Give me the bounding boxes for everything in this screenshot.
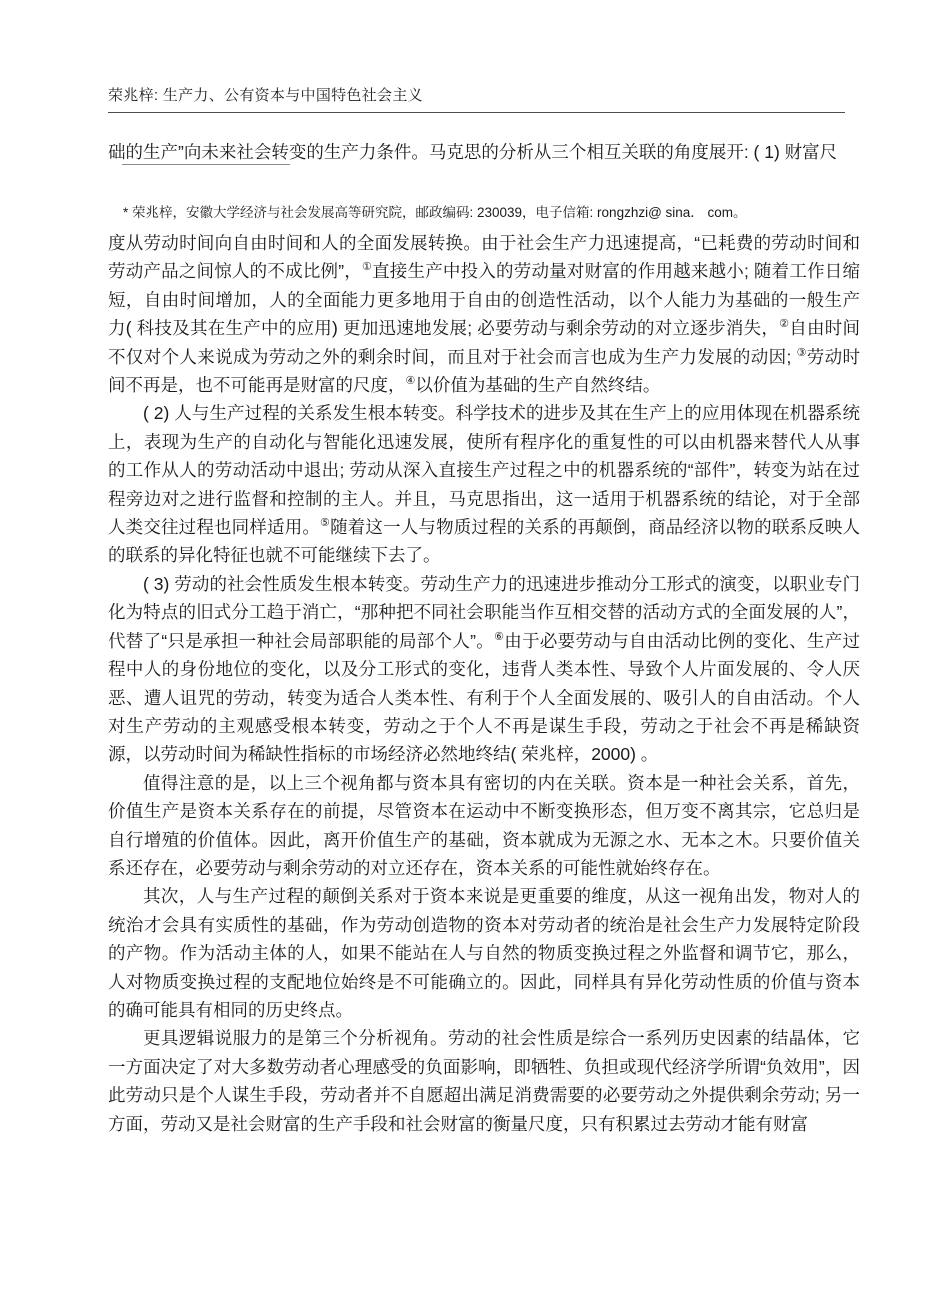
paragraph: 更具逻辑说服力的是第三个分析视角。劳动的社会性质是综合一系列历史因素的结晶体，它… bbox=[108, 1024, 860, 1138]
body-first-line: 础的生产”向未来社会转变的生产力条件。马克思的分析从三个相互关联的角度展开: (… bbox=[108, 138, 860, 166]
footnote-ref: ⑥ bbox=[494, 631, 504, 643]
footnote-ref: ③ bbox=[797, 347, 807, 359]
running-header: 荣兆梓: 生产力、公有资本与中国特色社会主义 bbox=[108, 84, 845, 105]
footnote-ref: ④ bbox=[406, 375, 416, 387]
footnote-ref: ① bbox=[362, 262, 372, 274]
paragraphs: 度从劳动时间向自由时间和人的全面发展转换。由于社会生产力迅速提高，“已耗费的劳动… bbox=[108, 229, 860, 1138]
paragraph-text: 其次，人与生产过程的颠倒关系对于资本来说是更重要的维度，从这一视角出发，物对人的… bbox=[108, 886, 860, 1020]
paragraph-text: 值得注意的是，以上三个视角都与资本具有密切的内在关联。资本是一种社会关系，首先，… bbox=[108, 773, 860, 878]
paragraph: ( 3) 劳动的社会性质发生根本转变。劳动生产力的迅速进步推动分工形式的演变，以… bbox=[108, 570, 860, 769]
paragraph-text: 更具逻辑说服力的是第三个分析视角。劳动的社会性质是综合一系列历史因素的结晶体，它… bbox=[108, 1028, 860, 1133]
footnote-text: * 荣兆梓，安徽大学经济与社会发展高等研究院，邮政编码: 230039，电子信箱… bbox=[108, 203, 860, 223]
header-rule bbox=[108, 112, 845, 113]
paragraph: 其次，人与生产过程的颠倒关系对于资本来说是更重要的维度，从这一视角出发，物对人的… bbox=[108, 882, 860, 1024]
paragraph: 度从劳动时间向自由时间和人的全面发展转换。由于社会生产力迅速提高，“已耗费的劳动… bbox=[108, 229, 860, 399]
paragraph: 值得注意的是，以上三个视角都与资本具有密切的内在关联。资本是一种社会关系，首先，… bbox=[108, 769, 860, 883]
paragraph-text: 以价值为基础的生产自然终结。 bbox=[415, 375, 660, 395]
footnote-separator bbox=[122, 164, 290, 165]
paper-page: 荣兆梓: 生产力、公有资本与中国特色社会主义 础的生产”向未来社会转变的生产力条… bbox=[0, 0, 950, 1290]
footnote-ref: ② bbox=[779, 318, 789, 330]
paragraph: ( 2) 人与生产过程的关系发生根本转变。科学技术的进步及其在生产上的应用体现在… bbox=[108, 399, 860, 569]
footnote-ref: ⑤ bbox=[320, 517, 330, 529]
